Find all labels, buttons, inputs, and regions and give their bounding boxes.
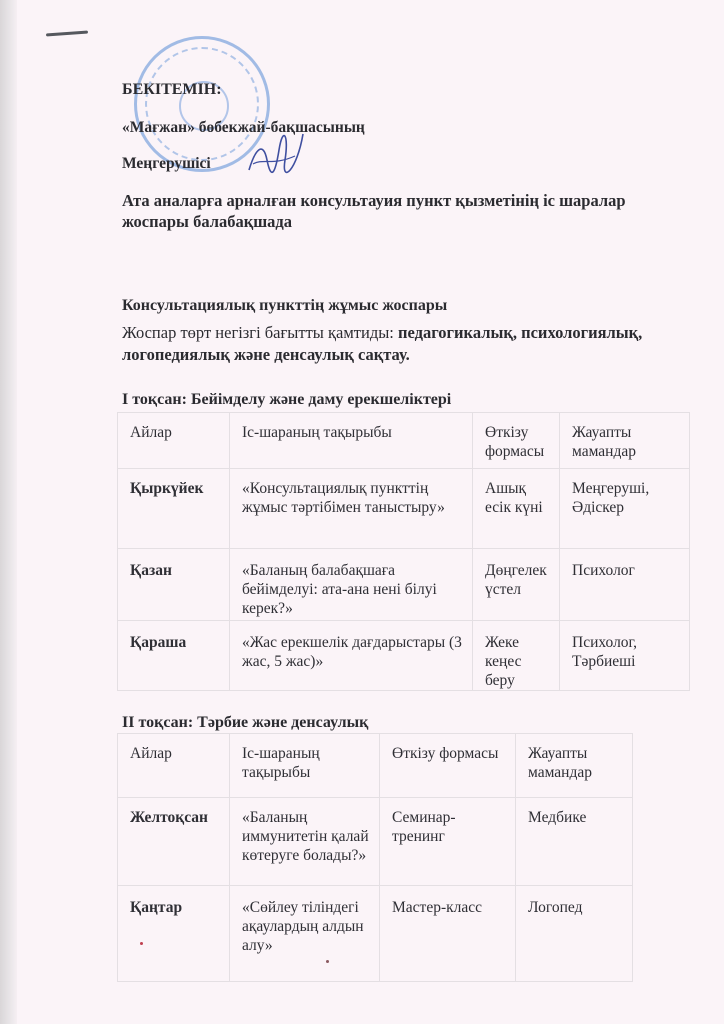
topic-cell: «Жас ерекшелік дағдарыстары (3 жас, 5 жа… bbox=[230, 621, 473, 691]
responsible-cell: Психолог bbox=[560, 549, 690, 621]
column-header-responsible: Жауапты мамандар bbox=[560, 413, 690, 469]
topic-cell: «Баланың иммунитетін қалай көтеруге бола… bbox=[230, 798, 380, 886]
scan-page-edge bbox=[0, 0, 17, 1024]
column-header-responsible: Жауапты мамандар bbox=[516, 734, 633, 798]
quarter-2-table: Айлар Іс-шараның тақырыбы Өткізу формасы… bbox=[117, 733, 633, 982]
plan-heading: Консультациялық пункттің жұмыс жоспары bbox=[122, 296, 447, 316]
responsible-cell: Логопед bbox=[516, 886, 633, 982]
table-row: Қаңтар «Сөйлеу тіліндегі ақаулардың алды… bbox=[118, 886, 633, 982]
column-header-months: Айлар bbox=[118, 413, 230, 469]
table-row: Қыркүйек «Консультациялық пункттің жұмыс… bbox=[118, 469, 690, 549]
month-cell: Қаңтар bbox=[118, 886, 230, 982]
quarter-2-heading: ІІ тоқсан: Тәрбие және денсаулық bbox=[122, 713, 368, 733]
scan-speck bbox=[140, 942, 143, 945]
quarter-1-table: Айлар Іс-шараның тақырыбы Өткізу формасы… bbox=[117, 412, 690, 691]
table-row: Желтоқсан «Баланың иммунитетін қалай көт… bbox=[118, 798, 633, 886]
topic-cell: «Баланың балабақшаға бейімделуі: ата-ана… bbox=[230, 549, 473, 621]
responsible-cell: Психолог, Тәрбиеші bbox=[560, 621, 690, 691]
column-header-topic: Іс-шараның тақырыбы bbox=[230, 734, 380, 798]
column-header-topic: Іс-шараның тақырыбы bbox=[230, 413, 473, 469]
month-cell: Желтоқсан bbox=[118, 798, 230, 886]
table-header-row: Айлар Іс-шараның тақырыбы Өткізу формасы… bbox=[118, 413, 690, 469]
column-header-months: Айлар bbox=[118, 734, 230, 798]
approval-position: Меңгерушісі bbox=[122, 154, 211, 174]
column-header-format: Өткізу формасы bbox=[380, 734, 516, 798]
topic-cell: «Консультациялық пункттің жұмыс тәртібім… bbox=[230, 469, 473, 549]
table-header-row: Айлар Іс-шараның тақырыбы Өткізу формасы… bbox=[118, 734, 633, 798]
pen-mark bbox=[46, 31, 88, 37]
column-header-format: Өткізу формасы bbox=[473, 413, 560, 469]
topic-cell: «Сөйлеу тіліндегі ақаулардың алдын алу» bbox=[230, 886, 380, 982]
table-row: Қараша «Жас ерекшелік дағдарыстары (3 жа… bbox=[118, 621, 690, 691]
format-cell: Мастер-класс bbox=[380, 886, 516, 982]
month-cell: Қазан bbox=[118, 549, 230, 621]
approval-heading: БЕКІТЕМІН: bbox=[122, 80, 222, 100]
plan-description: Жоспар төрт негізгі бағытты қамтиды: пед… bbox=[122, 322, 712, 366]
document-title: Ата аналарға арналған консультауия пункт… bbox=[122, 190, 682, 232]
responsible-cell: Меңгеруші, Әдіскер bbox=[560, 469, 690, 549]
format-cell: Семинар-тренинг bbox=[380, 798, 516, 886]
scan-speck bbox=[326, 960, 329, 963]
format-cell: Жеке кеңес беру bbox=[473, 621, 560, 691]
plan-description-prefix: Жоспар төрт негізгі бағытты қамтиды: bbox=[122, 323, 398, 342]
responsible-cell: Медбике bbox=[516, 798, 633, 886]
format-cell: Дөңгелек үстел bbox=[473, 549, 560, 621]
month-cell: Қараша bbox=[118, 621, 230, 691]
table-row: Қазан «Баланың балабақшаға бейімделуі: а… bbox=[118, 549, 690, 621]
approval-organization: «Мағжан» бөбекжай-бақшасының bbox=[122, 118, 365, 138]
quarter-1-heading: І тоқсан: Бейімделу және даму ерекшелікт… bbox=[122, 390, 451, 410]
format-cell: Ашық есік күні bbox=[473, 469, 560, 549]
month-cell: Қыркүйек bbox=[118, 469, 230, 549]
